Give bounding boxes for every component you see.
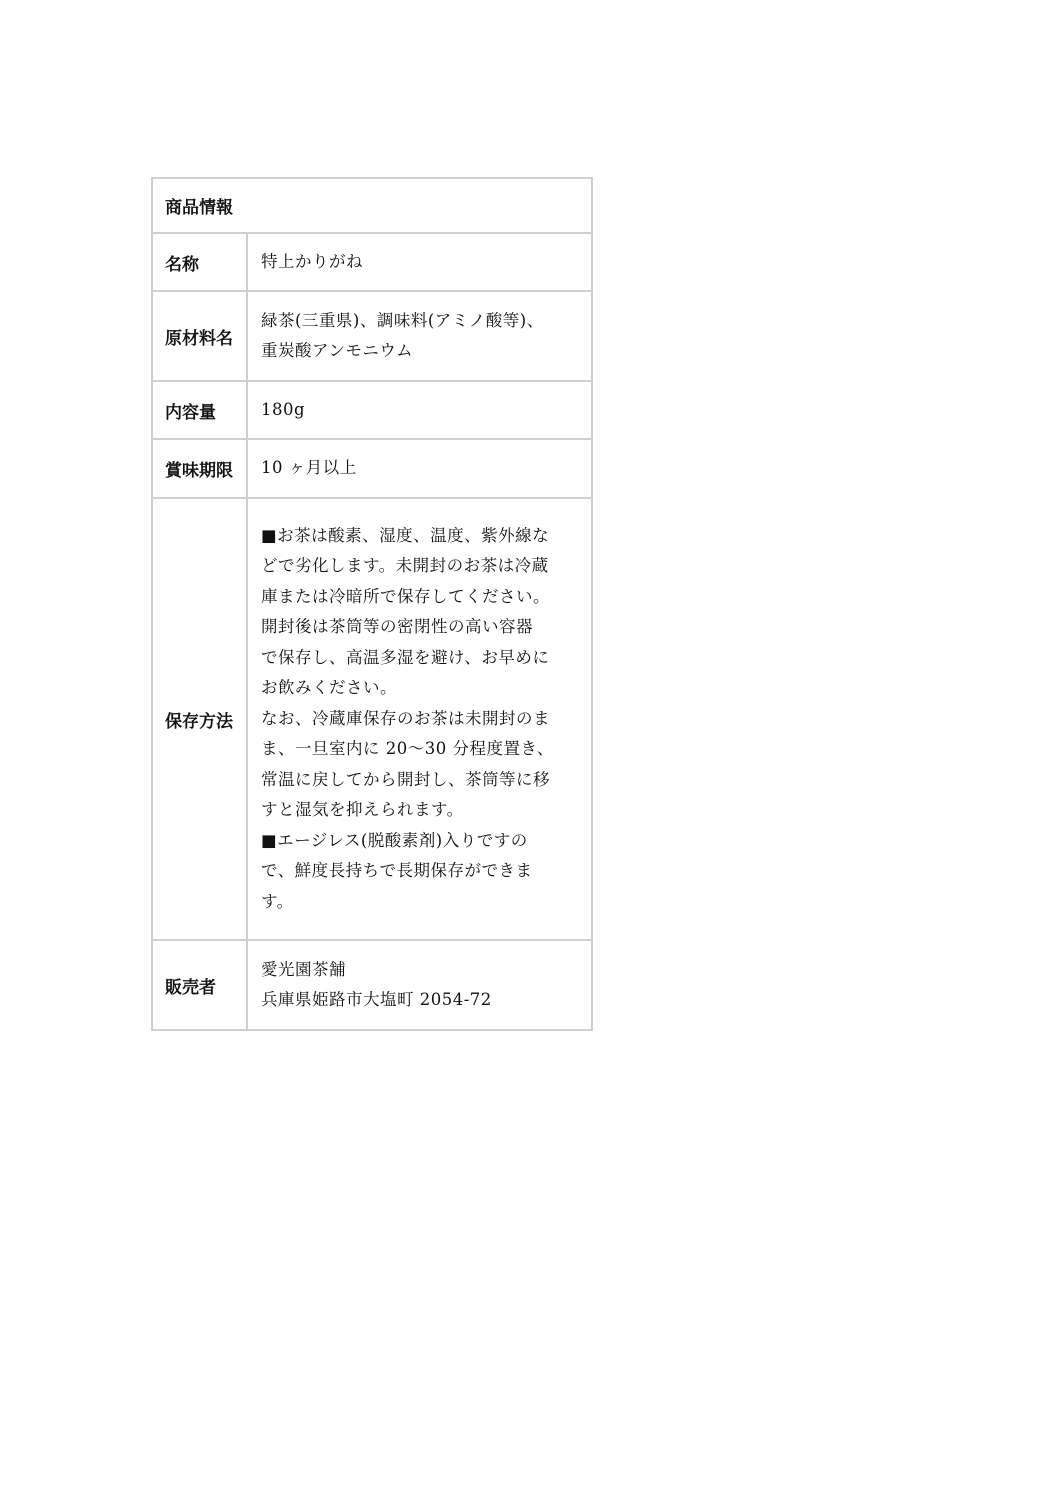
row-value: ■お茶は酸素、湿度、温度、紫外線な どで劣化します。未開封のお茶は冷蔵 庫または… (247, 498, 592, 940)
value-line: 兵庫県姫路市大塩町 2054-72 (261, 985, 581, 1016)
row-value: 緑茶(三重県)、調味料(アミノ酸等)、 重炭酸アンモニウム (247, 291, 592, 381)
table-row-ingredients: 原材料名 緑茶(三重県)、調味料(アミノ酸等)、 重炭酸アンモニウム (152, 291, 592, 381)
value-line: ■お茶は酸素、湿度、温度、紫外線な (261, 521, 581, 552)
table-row-seller: 販売者 愛光園茶舗 兵庫県姫路市大塩町 2054-72 (152, 940, 592, 1030)
table-row-storage: 保存方法 ■お茶は酸素、湿度、温度、紫外線な どで劣化します。未開封のお茶は冷蔵… (152, 498, 592, 940)
table-row-expiry: 賞味期限 10 ヶ月以上 (152, 439, 592, 498)
row-label: 販売者 (152, 940, 247, 1030)
row-label: 名称 (152, 233, 247, 291)
value-line: 常温に戻してから開封し、茶筒等に移 (261, 765, 581, 796)
row-value: 特上かりがね (247, 233, 592, 291)
value-line: お飲みください。 (261, 673, 581, 704)
table-row-name: 名称 特上かりがね (152, 233, 592, 291)
row-label: 内容量 (152, 381, 247, 439)
value-line: ■エージレス(脱酸素剤)入りですの (261, 826, 581, 857)
value-line: なお、冷蔵庫保存のお茶は未開封のま (261, 704, 581, 735)
value-line: で保存し、高温多湿を避け、お早めに (261, 643, 581, 674)
row-label: 賞味期限 (152, 439, 247, 498)
value-line: で、鮮度長持ちで長期保存ができま (261, 856, 581, 887)
row-label: 原材料名 (152, 291, 247, 381)
row-value: 180g (247, 381, 592, 439)
value-line: すと湿気を抑えられます。 (261, 795, 581, 826)
value-line: 緑茶(三重県)、調味料(アミノ酸等)、 (261, 306, 581, 337)
value-line: 開封後は茶筒等の密閉性の高い容器 (261, 612, 581, 643)
value-line: 重炭酸アンモニウム (261, 336, 581, 367)
value-line: 愛光園茶舗 (261, 955, 581, 986)
table-row-content: 内容量 180g (152, 381, 592, 439)
value-line: す。 (261, 887, 581, 918)
row-value: 愛光園茶舗 兵庫県姫路市大塩町 2054-72 (247, 940, 592, 1030)
table-header-row: 商品情報 (152, 178, 592, 233)
table-title: 商品情報 (152, 178, 592, 233)
row-value: 10 ヶ月以上 (247, 439, 592, 498)
row-label: 保存方法 (152, 498, 247, 940)
value-line: どで劣化します。未開封のお茶は冷蔵 (261, 551, 581, 582)
value-line: ま、一旦室内に 20～30 分程度置き、 (261, 734, 581, 765)
product-info-table: 商品情報 名称 特上かりがね 原材料名 緑茶(三重県)、調味料(アミノ酸等)、 … (151, 177, 593, 1031)
value-line: 庫または冷暗所で保存してください。 (261, 582, 581, 613)
